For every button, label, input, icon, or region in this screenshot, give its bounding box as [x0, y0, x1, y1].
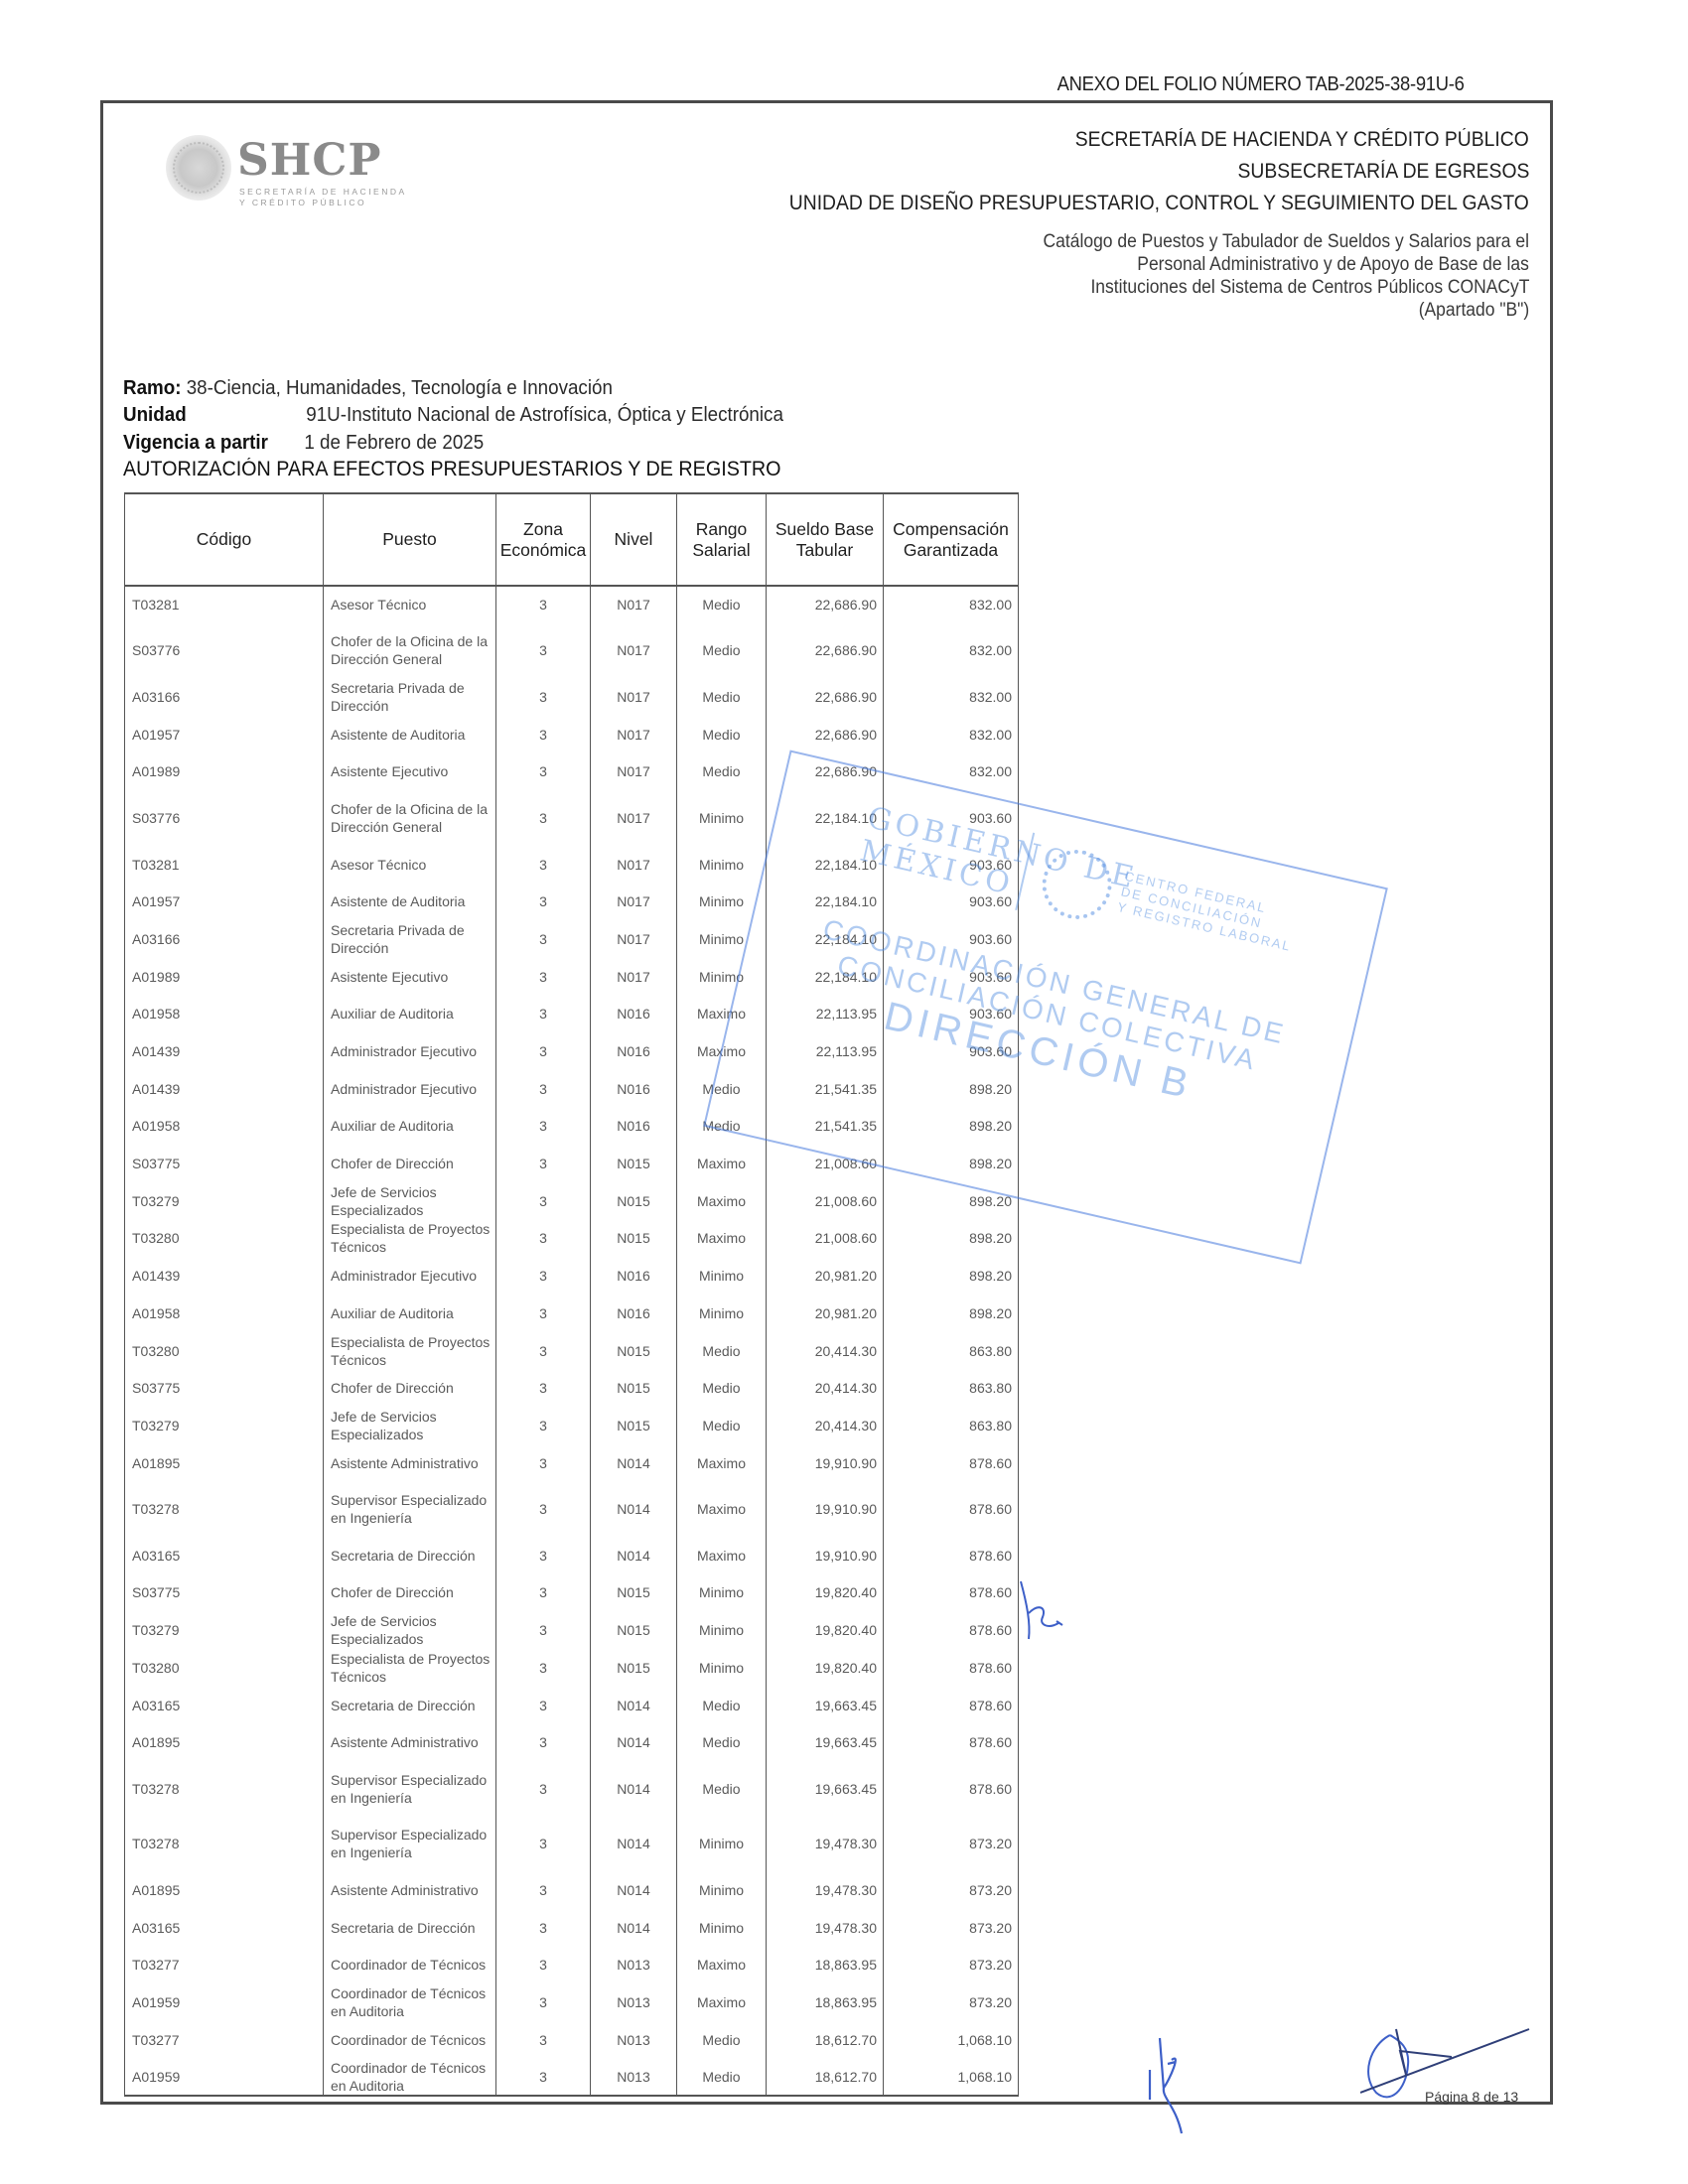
col-zona-header: Zona Económica [496, 493, 591, 586]
rango-cell: Minimo [677, 1817, 767, 1872]
puesto-cell: Asistente Administrativo [324, 1723, 496, 1761]
sueldo-cell: 20,414.30 [767, 1369, 884, 1407]
sueldo-cell: 19,663.45 [767, 1761, 884, 1817]
table-row: T03277Coordinador de Técnicos3N013Medio1… [125, 2021, 1019, 2059]
table-row: T03280Especialista de Proyectos Técnicos… [125, 1220, 1019, 1258]
nivel-cell: N013 [591, 1946, 677, 1983]
puesto-cell: Especialista de Proyectos Técnicos [324, 1220, 496, 1258]
codigo-cell: A03166 [125, 678, 324, 716]
zona-cell: 3 [496, 623, 591, 679]
rango-cell: Maximo [677, 1444, 767, 1482]
codigo-cell: A01958 [125, 1295, 324, 1332]
rango-cell: Minimo [677, 1257, 767, 1295]
sueldo-cell: 18,863.95 [767, 1983, 884, 2021]
table-row: T03277Coordinador de Técnicos3N013Maximo… [125, 1946, 1019, 1983]
table-row: T03278Supervisor Especializado en Ingeni… [125, 1817, 1019, 1872]
sueldo-cell: 19,663.45 [767, 1687, 884, 1724]
puesto-cell: Chofer de la Oficina de la Dirección Gen… [324, 623, 496, 679]
zona-cell: 3 [496, 1687, 591, 1724]
puesto-cell: Administrador Ejecutivo [324, 1032, 496, 1070]
catalog-title-line: Instituciones del Sistema de Centros Púb… [1090, 277, 1529, 299]
rango-cell: Medio [677, 1761, 767, 1817]
puesto-cell: Auxiliar de Auditoria [324, 996, 496, 1033]
puesto-cell: Chofer de la Oficina de la Dirección Gen… [324, 790, 496, 846]
rango-cell: Medio [677, 1332, 767, 1370]
puesto-cell: Chofer de Dirección [324, 1145, 496, 1182]
stamp-agency: CENTRO FEDERAL DE CONCILIACIÓN Y REGISTR… [1116, 869, 1301, 955]
compensacion-cell: 878.60 [884, 1537, 1019, 1574]
logo-subtitle-2: Y CRÉDITO PÚBLICO [239, 198, 366, 207]
puesto-cell: Supervisor Especializado en Ingeniería [324, 1761, 496, 1817]
puesto-cell: Asistente Ejecutivo [324, 753, 496, 791]
compensacion-cell: 898.20 [884, 1295, 1019, 1332]
col-codigo-header: Código [125, 493, 324, 586]
zona-cell: 3 [496, 2021, 591, 2059]
compensacion-cell: 898.20 [884, 1220, 1019, 1258]
nivel-cell: N016 [591, 1032, 677, 1070]
puesto-cell: Asesor Técnico [324, 586, 496, 623]
nivel-cell: N014 [591, 1481, 677, 1537]
header-subsecretariat: SUBSECRETARÍA DE EGRESOS [1237, 160, 1529, 184]
col-nivel-header: Nivel [591, 493, 677, 586]
codigo-cell: S03775 [125, 1145, 324, 1182]
codigo-cell: T03279 [125, 1611, 324, 1649]
table-row: S03776Chofer de la Oficina de la Direcci… [125, 623, 1019, 679]
compensacion-cell: 873.20 [884, 1946, 1019, 1983]
zona-cell: 3 [496, 958, 591, 996]
table-row: A01957Asistente de Auditoria3N017Medio22… [125, 716, 1019, 753]
nivel-cell: N017 [591, 790, 677, 846]
nivel-cell: N017 [591, 846, 677, 884]
zona-cell: 3 [496, 996, 591, 1033]
puesto-cell: Secretaria de Dirección [324, 1687, 496, 1724]
rango-cell: Maximo [677, 1537, 767, 1574]
sueldo-cell: 18,612.70 [767, 2021, 884, 2059]
zona-cell: 3 [496, 1444, 591, 1482]
table-row: A01895Asistente Administrativo3N014Minim… [125, 1871, 1019, 1909]
zona-cell: 3 [496, 1108, 591, 1146]
zona-cell: 3 [496, 1983, 591, 2021]
sueldo-cell: 22,686.90 [767, 716, 884, 753]
codigo-cell: S03776 [125, 790, 324, 846]
zona-cell: 3 [496, 1070, 591, 1108]
codigo-cell: A03165 [125, 1537, 324, 1574]
authorization-title: AUTORIZACIÓN PARA EFECTOS PRESUPUESTARIO… [123, 458, 781, 481]
compensacion-cell: 878.60 [884, 1649, 1019, 1687]
nivel-cell: N017 [591, 958, 677, 996]
sueldo-cell: 19,820.40 [767, 1649, 884, 1687]
puesto-cell: Asistente Administrativo [324, 1871, 496, 1909]
table-row: A03165Secretaria de Dirección3N014Maximo… [125, 1537, 1019, 1574]
col-sueldo-header: Sueldo Base Tabular [767, 493, 884, 586]
nivel-cell: N016 [591, 996, 677, 1033]
puesto-cell: Secretaria Privada de Dirección [324, 678, 496, 716]
rango-cell: Minimo [677, 846, 767, 884]
sueldo-cell: 19,820.40 [767, 1574, 884, 1612]
zona-cell: 3 [496, 846, 591, 884]
page-number: Página 8 de 13 [1425, 2089, 1518, 2105]
puesto-cell: Coordinador de Técnicos [324, 2021, 496, 2059]
table-row: T03279Jefe de Servicios Especializados3N… [125, 1182, 1019, 1220]
sueldo-cell: 18,863.95 [767, 1946, 884, 1983]
nivel-cell: N016 [591, 1257, 677, 1295]
codigo-cell: A01957 [125, 716, 324, 753]
sueldo-cell: 22,686.90 [767, 678, 884, 716]
puesto-cell: Coordinador de Técnicos en Auditoria [324, 1983, 496, 2021]
zona-cell: 3 [496, 1611, 591, 1649]
initials-signature-icon [1013, 1573, 1092, 1643]
catalog-title-line: Catálogo de Puestos y Tabulador de Sueld… [1044, 231, 1529, 253]
puesto-cell: Jefe de Servicios Especializados [324, 1611, 496, 1649]
codigo-cell: A03165 [125, 1909, 324, 1947]
rango-cell: Medio [677, 1407, 767, 1444]
puesto-cell: Administrador Ejecutivo [324, 1257, 496, 1295]
zona-cell: 3 [496, 2059, 591, 2097]
salary-table: CódigoPuestoZona EconómicaNivelRango Sal… [124, 492, 1019, 2097]
sueldo-cell: 19,478.30 [767, 1817, 884, 1872]
codigo-cell: T03279 [125, 1407, 324, 1444]
unidad-value: 91U-Instituto Nacional de Astrofísica, Ó… [306, 404, 783, 427]
compensacion-cell: 878.60 [884, 1687, 1019, 1724]
sueldo-cell: 20,981.20 [767, 1295, 884, 1332]
zona-cell: 3 [496, 1481, 591, 1537]
codigo-cell: A01989 [125, 958, 324, 996]
compensacion-cell: 873.20 [884, 1983, 1019, 2021]
table-row: A03165Secretaria de Dirección3N014Minimo… [125, 1909, 1019, 1947]
rango-cell: Minimo [677, 1574, 767, 1612]
rango-cell: Minimo [677, 1611, 767, 1649]
header-ministry: SECRETARÍA DE HACIENDA Y CRÉDITO PÚBLICO [1075, 128, 1529, 152]
nivel-cell: N017 [591, 716, 677, 753]
nivel-cell: N014 [591, 1871, 677, 1909]
codigo-cell: S03775 [125, 1574, 324, 1612]
table-row: A01959Coordinador de Técnicos en Auditor… [125, 2059, 1019, 2097]
nivel-cell: N017 [591, 586, 677, 623]
zona-cell: 3 [496, 920, 591, 958]
zona-cell: 3 [496, 1369, 591, 1407]
rango-cell: Medio [677, 716, 767, 753]
zona-cell: 3 [496, 1032, 591, 1070]
rango-cell: Medio [677, 1687, 767, 1724]
compensacion-cell: 873.20 [884, 1909, 1019, 1947]
zona-cell: 3 [496, 1909, 591, 1947]
codigo-cell: A01439 [125, 1257, 324, 1295]
sueldo-cell: 19,663.45 [767, 1723, 884, 1761]
zona-cell: 3 [496, 1946, 591, 1983]
table-row: T03280Especialista de Proyectos Técnicos… [125, 1332, 1019, 1370]
folio-number: ANEXO DEL FOLIO NÚMERO TAB-2025-38-91U-6 [1057, 73, 1465, 96]
rango-cell: Minimo [677, 790, 767, 846]
nivel-cell: N016 [591, 1070, 677, 1108]
compensacion-cell: 873.20 [884, 1871, 1019, 1909]
sueldo-cell: 22,686.90 [767, 586, 884, 623]
nivel-cell: N015 [591, 1145, 677, 1182]
table-row: T03279Jefe de Servicios Especializados3N… [125, 1407, 1019, 1444]
puesto-cell: Auxiliar de Auditoria [324, 1108, 496, 1146]
sueldo-cell: 18,612.70 [767, 2059, 884, 2097]
codigo-cell: T03278 [125, 1761, 324, 1817]
puesto-cell: Auxiliar de Auditoria [324, 1295, 496, 1332]
compensacion-cell: 832.00 [884, 586, 1019, 623]
table-row: S03775Chofer de Dirección3N015Minimo19,8… [125, 1574, 1019, 1612]
header-unit: UNIDAD DE DISEÑO PRESUPUESTARIO, CONTROL… [789, 192, 1529, 215]
nivel-cell: N015 [591, 1369, 677, 1407]
sueldo-cell: 20,414.30 [767, 1332, 884, 1370]
puesto-cell: Especialista de Proyectos Técnicos [324, 1332, 496, 1370]
codigo-cell: T03277 [125, 1946, 324, 1983]
rango-cell: Medio [677, 1369, 767, 1407]
sueldo-cell: 21,008.60 [767, 1220, 884, 1258]
sueldo-cell: 19,478.30 [767, 1871, 884, 1909]
zona-cell: 3 [496, 1332, 591, 1370]
nivel-cell: N013 [591, 2059, 677, 2097]
codigo-cell: T03277 [125, 2021, 324, 2059]
puesto-cell: Asistente de Auditoria [324, 716, 496, 753]
sueldo-cell: 19,910.90 [767, 1444, 884, 1482]
rango-cell: Medio [677, 1723, 767, 1761]
unidad-line: Unidad 91U-Instituto Nacional de Astrofí… [123, 404, 187, 427]
table-row: T03279Jefe de Servicios Especializados3N… [125, 1611, 1019, 1649]
puesto-cell: Chofer de Dirección [324, 1574, 496, 1612]
zona-cell: 3 [496, 1723, 591, 1761]
puesto-cell: Asistente Ejecutivo [324, 958, 496, 996]
catalog-title-line: Personal Administrativo y de Apoyo de Ba… [1137, 254, 1529, 276]
col-compensacion-header: Compensación Garantizada [884, 493, 1019, 586]
rango-cell: Medio [677, 623, 767, 679]
nivel-cell: N014 [591, 1817, 677, 1872]
zona-cell: 3 [496, 586, 591, 623]
codigo-cell: S03776 [125, 623, 324, 679]
rango-cell: Medio [677, 586, 767, 623]
table-row: A01439Administrador Ejecutivo3N016Minimo… [125, 1257, 1019, 1295]
puesto-cell: Asistente Administrativo [324, 1444, 496, 1482]
codigo-cell: A03166 [125, 920, 324, 958]
rango-cell: Minimo [677, 1871, 767, 1909]
puesto-cell: Chofer de Dirección [324, 1369, 496, 1407]
codigo-cell: A01958 [125, 996, 324, 1033]
ramo-line: Ramo: 38-Ciencia, Humanidades, Tecnologí… [123, 377, 613, 400]
codigo-cell: T03280 [125, 1220, 324, 1258]
sueldo-cell: 20,981.20 [767, 1257, 884, 1295]
ramo-label: Ramo: [123, 377, 182, 399]
rango-cell: Maximo [677, 1220, 767, 1258]
nivel-cell: N013 [591, 2021, 677, 2059]
logo-subtitle-1: SECRETARÍA DE HACIENDA [239, 187, 407, 197]
nivel-cell: N014 [591, 1909, 677, 1947]
puesto-cell: Supervisor Especializado en Ingeniería [324, 1481, 496, 1537]
table-row: T03278Supervisor Especializado en Ingeni… [125, 1761, 1019, 1817]
nivel-cell: N015 [591, 1220, 677, 1258]
rango-cell: Maximo [677, 1983, 767, 2021]
puesto-cell: Asesor Técnico [324, 846, 496, 884]
compensacion-cell: 878.60 [884, 1444, 1019, 1482]
zona-cell: 3 [496, 716, 591, 753]
compensacion-cell: 1,068.10 [884, 2059, 1019, 2097]
codigo-cell: T03279 [125, 1182, 324, 1220]
compensacion-cell: 873.20 [884, 1817, 1019, 1872]
compensacion-cell: 863.80 [884, 1407, 1019, 1444]
rango-cell: Maximo [677, 1145, 767, 1182]
table-row: T03280Especialista de Proyectos Técnicos… [125, 1649, 1019, 1687]
nivel-cell: N015 [591, 1332, 677, 1370]
puesto-cell: Secretaria de Dirección [324, 1537, 496, 1574]
nivel-cell: N015 [591, 1574, 677, 1612]
puesto-cell: Coordinador de Técnicos [324, 1946, 496, 1983]
compensacion-cell: 878.60 [884, 1761, 1019, 1817]
codigo-cell: A01958 [125, 1108, 324, 1146]
zona-cell: 3 [496, 678, 591, 716]
compensacion-cell: 878.60 [884, 1611, 1019, 1649]
table-row: A01958Auxiliar de Auditoria3N016Minimo20… [125, 1295, 1019, 1332]
nivel-cell: N015 [591, 1649, 677, 1687]
nivel-cell: N014 [591, 1537, 677, 1574]
compensacion-cell: 878.60 [884, 1481, 1019, 1537]
zona-cell: 3 [496, 790, 591, 846]
zona-cell: 3 [496, 1407, 591, 1444]
rango-cell: Minimo [677, 1909, 767, 1947]
nivel-cell: N016 [591, 1295, 677, 1332]
table-row: A03166Secretaria Privada de Dirección3N0… [125, 678, 1019, 716]
nivel-cell: N016 [591, 1108, 677, 1146]
nivel-cell: N017 [591, 623, 677, 679]
table-row: A01895Asistente Administrativo3N014Maxim… [125, 1444, 1019, 1482]
table-header-row: CódigoPuestoZona EconómicaNivelRango Sal… [125, 493, 1019, 586]
rango-cell: Maximo [677, 1481, 767, 1537]
codigo-cell: A01959 [125, 1983, 324, 2021]
codigo-cell: T03281 [125, 586, 324, 623]
puesto-cell: Administrador Ejecutivo [324, 1070, 496, 1108]
compensacion-cell: 832.00 [884, 678, 1019, 716]
sueldo-cell: 19,478.30 [767, 1909, 884, 1947]
sueldo-cell: 19,820.40 [767, 1611, 884, 1649]
codigo-cell: A01439 [125, 1070, 324, 1108]
nivel-cell: N014 [591, 1687, 677, 1724]
table-row: T03281Asesor Técnico3N017Medio22,686.908… [125, 586, 1019, 623]
nivel-cell: N015 [591, 1611, 677, 1649]
rango-cell: Minimo [677, 1649, 767, 1687]
compensacion-cell: 832.00 [884, 623, 1019, 679]
puesto-cell: Coordinador de Técnicos en Auditoria [324, 2059, 496, 2097]
codigo-cell: T03280 [125, 1649, 324, 1687]
puesto-cell: Jefe de Servicios Especializados [324, 1407, 496, 1444]
compensacion-cell: 832.00 [884, 716, 1019, 753]
unidad-label: Unidad [123, 404, 187, 426]
zona-cell: 3 [496, 1574, 591, 1612]
codigo-cell: S03775 [125, 1369, 324, 1407]
ramo-value: 38-Ciencia, Humanidades, Tecnología e In… [187, 377, 613, 399]
puesto-cell: Secretaria Privada de Dirección [324, 920, 496, 958]
puesto-cell: Jefe de Servicios Especializados [324, 1182, 496, 1220]
puesto-cell: Especialista de Proyectos Técnicos [324, 1649, 496, 1687]
codigo-cell: A01959 [125, 2059, 324, 2097]
logo-wordmark: SHCP [237, 135, 381, 186]
vigencia-label: Vigencia a partir [123, 432, 268, 454]
nivel-cell: N017 [591, 753, 677, 791]
compensacion-cell: 863.80 [884, 1369, 1019, 1407]
col-puesto-header: Puesto [324, 493, 496, 586]
codigo-cell: A03165 [125, 1687, 324, 1724]
catalog-title-line: (Apartado "B") [1418, 300, 1529, 322]
shcp-logo: SHCP SECRETARÍA DE HACIENDA Y CRÉDITO PÚ… [166, 131, 404, 210]
initials-signature-icon [1142, 2030, 1201, 2139]
zona-cell: 3 [496, 1257, 591, 1295]
compensacion-cell: 878.60 [884, 1723, 1019, 1761]
sueldo-cell: 20,414.30 [767, 1407, 884, 1444]
codigo-cell: A01439 [125, 1032, 324, 1070]
codigo-cell: A01957 [125, 883, 324, 920]
codigo-cell: A01989 [125, 753, 324, 791]
zona-cell: 3 [496, 1817, 591, 1872]
sueldo-cell: 22,686.90 [767, 623, 884, 679]
codigo-cell: T03278 [125, 1817, 324, 1872]
codigo-cell: A01895 [125, 1444, 324, 1482]
rango-cell: Medio [677, 2059, 767, 2097]
nivel-cell: N014 [591, 1444, 677, 1482]
zona-cell: 3 [496, 1145, 591, 1182]
nivel-cell: N013 [591, 1983, 677, 2021]
sueldo-cell: 19,910.90 [767, 1537, 884, 1574]
compensacion-cell: 878.60 [884, 1574, 1019, 1612]
zona-cell: 3 [496, 883, 591, 920]
rango-cell: Maximo [677, 1946, 767, 1983]
table-row: A03165Secretaria de Dirección3N014Medio1… [125, 1687, 1019, 1724]
rango-cell: Minimo [677, 1295, 767, 1332]
zona-cell: 3 [496, 1295, 591, 1332]
zona-cell: 3 [496, 1649, 591, 1687]
codigo-cell: A01895 [125, 1871, 324, 1909]
nivel-cell: N017 [591, 920, 677, 958]
rango-cell: Medio [677, 753, 767, 791]
codigo-cell: T03281 [125, 846, 324, 884]
col-rango-header: Rango Salarial [677, 493, 767, 586]
codigo-cell: T03278 [125, 1481, 324, 1537]
compensacion-cell: 863.80 [884, 1332, 1019, 1370]
zona-cell: 3 [496, 1871, 591, 1909]
compensacion-cell: 898.20 [884, 1257, 1019, 1295]
nivel-cell: N017 [591, 883, 677, 920]
vigencia-value: 1 de Febrero de 2025 [304, 432, 484, 455]
sueldo-cell: 19,910.90 [767, 1481, 884, 1537]
table-row: S03775Chofer de Dirección3N015Medio20,41… [125, 1369, 1019, 1407]
table-row: A01959Coordinador de Técnicos en Auditor… [125, 1983, 1019, 2021]
puesto-cell: Secretaria de Dirección [324, 1909, 496, 1947]
puesto-cell: Supervisor Especializado en Ingeniería [324, 1817, 496, 1872]
puesto-cell: Asistente de Auditoria [324, 883, 496, 920]
codigo-cell: A01895 [125, 1723, 324, 1761]
zona-cell: 3 [496, 1761, 591, 1817]
nivel-cell: N017 [591, 678, 677, 716]
rango-cell: Medio [677, 678, 767, 716]
table-row: T03278Supervisor Especializado en Ingeni… [125, 1481, 1019, 1537]
zona-cell: 3 [496, 1537, 591, 1574]
zona-cell: 3 [496, 753, 591, 791]
nivel-cell: N014 [591, 1761, 677, 1817]
zona-cell: 3 [496, 1220, 591, 1258]
nivel-cell: N015 [591, 1182, 677, 1220]
mexico-coat-of-arms-icon [166, 135, 231, 201]
nivel-cell: N015 [591, 1407, 677, 1444]
rango-cell: Maximo [677, 1182, 767, 1220]
vigencia-line: Vigencia a partir 1 de Febrero de 2025 [123, 432, 268, 455]
rango-cell: Medio [677, 2021, 767, 2059]
codigo-cell: T03280 [125, 1332, 324, 1370]
nivel-cell: N014 [591, 1723, 677, 1761]
table-row: A01895Asistente Administrativo3N014Medio… [125, 1723, 1019, 1761]
zona-cell: 3 [496, 1182, 591, 1220]
sueldo-cell: 21,008.60 [767, 1182, 884, 1220]
compensacion-cell: 1,068.10 [884, 2021, 1019, 2059]
